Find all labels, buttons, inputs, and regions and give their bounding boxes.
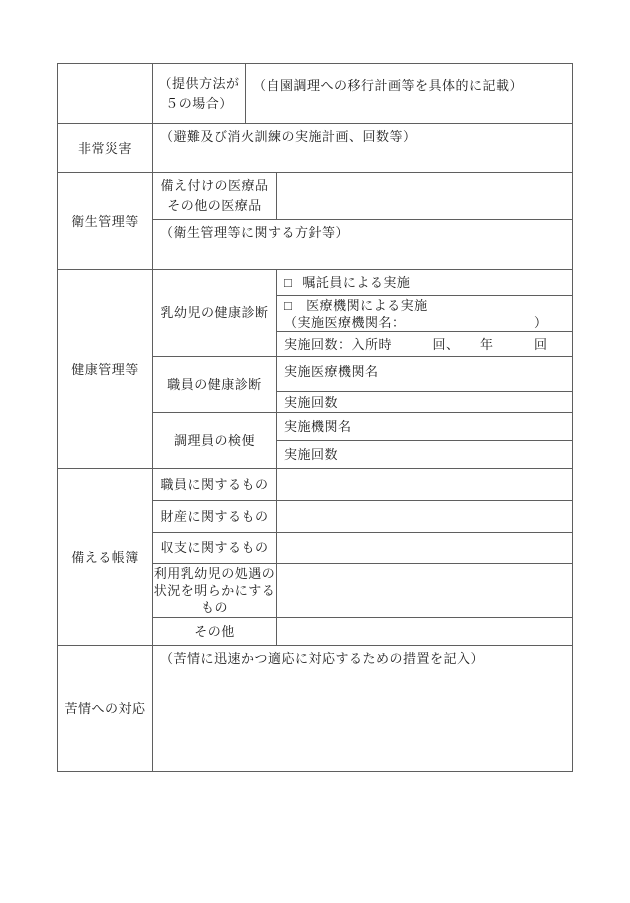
checkbox-icon[interactable]: □ [284,298,292,313]
hygiene-supplies-line1: 備え付けの医療品 [153,176,276,196]
health-infant-label-cell: 乳幼児の健康診断 [153,270,277,356]
provision-header-cell [58,64,153,123]
ledger-item-value-cell [277,564,572,617]
staff-org-text: 実施医療機関名 [284,363,379,391]
hygiene-policy-text: （衛生管理等に関する方針等） [160,225,349,240]
ledger-item-label-cell: 職員に関するもの [153,469,277,500]
ledger-item-label-cell: 利用乳幼児の処遇の状況を明らかにするもの [153,564,277,617]
health-cook-label-cell: 調理員の検便 [153,413,277,468]
ledger-item-label-cell: 財産に関するもの [153,501,277,532]
ledger-item-value-cell [277,618,572,645]
ledger-item-row: その他 [153,618,572,645]
hygiene-policy-cell: （衛生管理等に関する方針等） [153,220,572,269]
provision-condition-cell: （提供方法が ５の場合） [153,64,246,123]
infant-check-medical-row[interactable]: □ 医療機関による実施 （実施医療機関名： ） [277,296,572,332]
health-cook-section: 調理員の検便 実施機関名 実施回数 [153,413,572,468]
complaints-header-label: 苦情への対応 [58,646,153,771]
row-complaints: 苦情への対応 （苦情に迅速かつ適応に対応するための措置を記入） [58,646,572,771]
ledger-item-staff: 職員に関するもの [153,475,276,495]
row-health: 健康管理等 乳幼児の健康診断 □ 嘱託員による実施 □ [58,270,572,469]
ledger-item-value-cell [277,501,572,532]
ledger-item-budget: 収支に関するもの [153,538,276,558]
ledger-item-treatment: 利用乳幼児の処遇の状況を明らかにするもの [153,565,276,616]
ledger-item-row: 財産に関するもの [153,501,572,533]
checkbox-icon[interactable]: □ [284,274,292,291]
provision-condition-line2: ５の場合） [153,94,245,114]
staff-count-text: 実施回数 [284,394,338,411]
ledgers-header-label: 備える帳簿 [58,469,153,645]
ledger-item-row: 収支に関するもの [153,533,572,564]
row-disaster: 非常災害 （避難及び消火訓練の実施計画、回数等） [58,124,572,173]
health-staff-label: 職員の健康診断 [153,375,276,395]
disaster-note-text: （避難及び消火訓練の実施計画、回数等） [160,129,417,144]
ledger-item-row: 職員に関するもの [153,469,572,501]
ledger-item-label-cell: その他 [153,618,277,645]
provision-note-cell: （自園調理への移行計画等を具体的に記載） [246,64,572,123]
staff-org-row: 実施医療機関名 [277,357,572,392]
ledger-item-value-cell [277,469,572,500]
hygiene-supplies-label-cell: 備え付けの医療品 その他の医療品 [153,173,277,219]
form-table: （提供方法が ５の場合） （自園調理への移行計画等を具体的に記載） 非常災害 （… [57,63,573,772]
hygiene-header-label: 衛生管理等 [58,173,153,269]
infant-check-consignee-label: 嘱託員による実施 [302,274,410,291]
ledger-item-row: 利用乳幼児の処遇の状況を明らかにするもの [153,564,572,618]
ledger-item-value-cell [277,533,572,563]
provision-condition-line1: （提供方法が [153,74,245,94]
disaster-header-label: 非常災害 [58,124,153,172]
infant-medical-org-name-line: （実施医療機関名： ） [284,314,565,331]
provision-note-text: （自園調理への移行計画等を具体的に記載） [253,78,523,93]
hygiene-supplies-value-cell [277,173,572,219]
cook-count-row: 実施回数 [277,441,572,468]
row-provision-method: （提供方法が ５の場合） （自園調理への移行計画等を具体的に記載） [58,64,572,124]
infant-check-consignee-row[interactable]: □ 嘱託員による実施 [277,270,572,296]
cook-org-text: 実施機関名 [284,418,352,435]
staff-count-row: 実施回数 [277,392,572,412]
document-page: （提供方法が ５の場合） （自園調理への移行計画等を具体的に記載） 非常災害 （… [0,0,630,903]
cook-count-text: 実施回数 [284,446,338,463]
complaints-note-text: （苦情に迅速かつ適応に対応するための措置を記入） [160,651,484,666]
hygiene-supplies-subrow: 備え付けの医療品 その他の医療品 [153,173,572,220]
ledger-item-other: その他 [153,622,276,642]
infant-check-medical-line: □ 医療機関による実施 [284,297,565,314]
infant-frequency-text: 実施回数：入所時 回、 年 回 [284,336,548,353]
cook-org-row: 実施機関名 [277,413,572,441]
row-hygiene: 衛生管理等 備え付けの医療品 その他の医療品 （衛生管理等に関する方針等） [58,173,572,270]
ledger-item-label-cell: 収支に関するもの [153,533,277,563]
disaster-note-cell: （避難及び消火訓練の実施計画、回数等） [153,124,572,172]
complaints-note-cell: （苦情に迅速かつ適応に対応するための措置を記入） [153,646,572,771]
health-staff-section: 職員の健康診断 実施医療機関名 実施回数 [153,357,572,413]
health-cook-label: 調理員の検便 [153,431,276,451]
hygiene-supplies-line2: その他の医療品 [153,196,276,216]
health-header-label: 健康管理等 [58,270,153,468]
row-ledgers: 備える帳簿 職員に関するもの 財産に関するもの 収支に関するもの [58,469,572,646]
health-staff-label-cell: 職員の健康診断 [153,357,277,412]
infant-frequency-row: 実施回数：入所時 回、 年 回 [277,332,572,356]
health-infant-section: 乳幼児の健康診断 □ 嘱託員による実施 □ 医療機関による実施 （実施 [153,270,572,357]
health-infant-label: 乳幼児の健康診断 [153,303,276,323]
ledger-item-property: 財産に関するもの [153,507,276,527]
infant-check-medical-label: 医療機関による実施 [306,298,428,313]
